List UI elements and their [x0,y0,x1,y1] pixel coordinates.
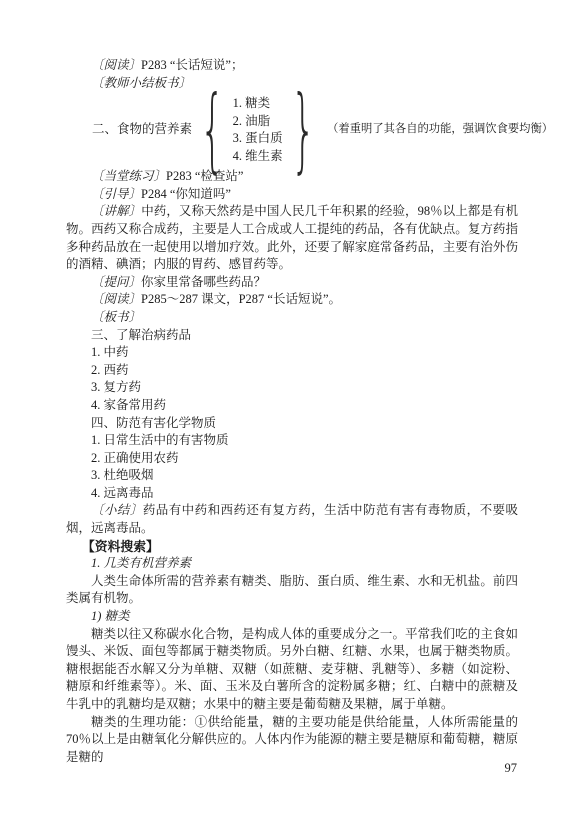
data-search-heading: 【资料搜索】 [66,538,518,556]
nutrients-intro-paragraph: 人类生命体所需的营养素有糖类、脂肪、蛋白质、维生素、水和无机盐。前四类属有机物。 [66,573,518,608]
bracket-tag: 〔提问〕 [91,275,141,289]
subsection-title: 1. 几类有机营养素 [66,555,518,573]
reading-note-line-2: 〔阅读〕P285～287 课文，P287 “长话短说”。 [66,291,518,309]
page-content: 〔阅读〕P283 “长话短说”； 〔教师小结板书〕 二、食物的营养素 { 1. … [66,57,518,766]
page-number: 97 [66,761,517,776]
book-page: 〔阅读〕P283 “长话短说”； 〔教师小结板书〕 二、食物的营养素 { 1. … [0,0,582,818]
sugar-heading: 1) 糖类 [66,608,518,626]
diagram-item: 4. 维生素 [233,148,283,166]
list-item: 4. 远离毒品 [66,485,518,503]
right-brace: } [291,94,316,166]
reading-note-text: P283 “长话短说”； [141,58,243,72]
section3-heading: 三、了解治病药品 [66,327,518,345]
section4-heading: 四、防范有害化学物质 [66,415,518,433]
reading-note-text-2: P285～287 课文，P287 “长话短说”。 [141,292,341,306]
bracket-tag: 〔阅读〕 [91,58,141,72]
bracket-tag: 〔讲解〕 [91,204,141,218]
diagram-item: 3. 蛋白质 [233,130,283,148]
diagram-label: 二、食物的营养素 [92,121,192,139]
sugar-paragraph-2: 糖类的生理功能：①供给能量，糖的主要功能是供给能量，人体所需能量的 70％以上是… [66,714,518,767]
question-line: 〔提问〕你家里常备哪些药品？ [66,274,518,292]
list-item: 2. 正确使用农药 [66,450,518,468]
guide-text: P284 “你知道吗” [141,187,231,201]
question-text: 你家里常备哪些药品？ [141,275,266,289]
bracket-tag: 〔引导〕 [91,187,141,201]
bracket-tag: 〔当堂练习〕 [91,169,166,183]
reading-note-line: 〔阅读〕P283 “长话短说”； [66,57,518,75]
list-item: 2. 西药 [66,362,518,380]
list-item: 3. 杜绝吸烟 [66,467,518,485]
board-line: 〔板书〕 [66,309,518,327]
summary-paragraph: 〔小结〕药品有中药和西药还有复方药，生活中防范有害有毒物质，不要吸烟，远离毒品。 [66,502,518,537]
bracket-tag: 〔阅读〕 [91,292,141,306]
bracket-tag: 〔小结〕 [91,503,143,517]
diagram-item: 2. 油脂 [233,113,283,131]
diagram-item-list: 1. 糖类 2. 油脂 3. 蛋白质 4. 维生素 [233,95,283,165]
left-brace: { [200,94,225,166]
sugar-paragraph-1: 糖类以往又称碳水化合物，是构成人体的重要成分之一。平常我们吃的主食如馒头、米饭、… [66,626,518,714]
bracket-tag: 〔教师小结板书〕 [91,76,191,90]
nutrients-diagram: 二、食物的营养素 { 1. 糖类 2. 油脂 3. 蛋白质 4. 维生素 } （… [92,94,518,166]
guide-line: 〔引导〕P284 “你知道吗” [66,186,518,204]
list-item: 1. 日常生活中的有害物质 [66,432,518,450]
diagram-comment: （着重明了其各自的功能，强调饮食要均衡） [327,121,553,139]
list-item: 3. 复方药 [66,379,518,397]
list-item: 4. 家备常用药 [66,397,518,415]
bracket-tag: 〔板书〕 [91,310,141,324]
explain-paragraph: 〔讲解〕中药，又称天然药是中国人民几千年积累的经验，98％以上都是有机物。西药又… [66,203,518,273]
list-item: 1. 中药 [66,344,518,362]
diagram-item: 1. 糖类 [233,95,283,113]
